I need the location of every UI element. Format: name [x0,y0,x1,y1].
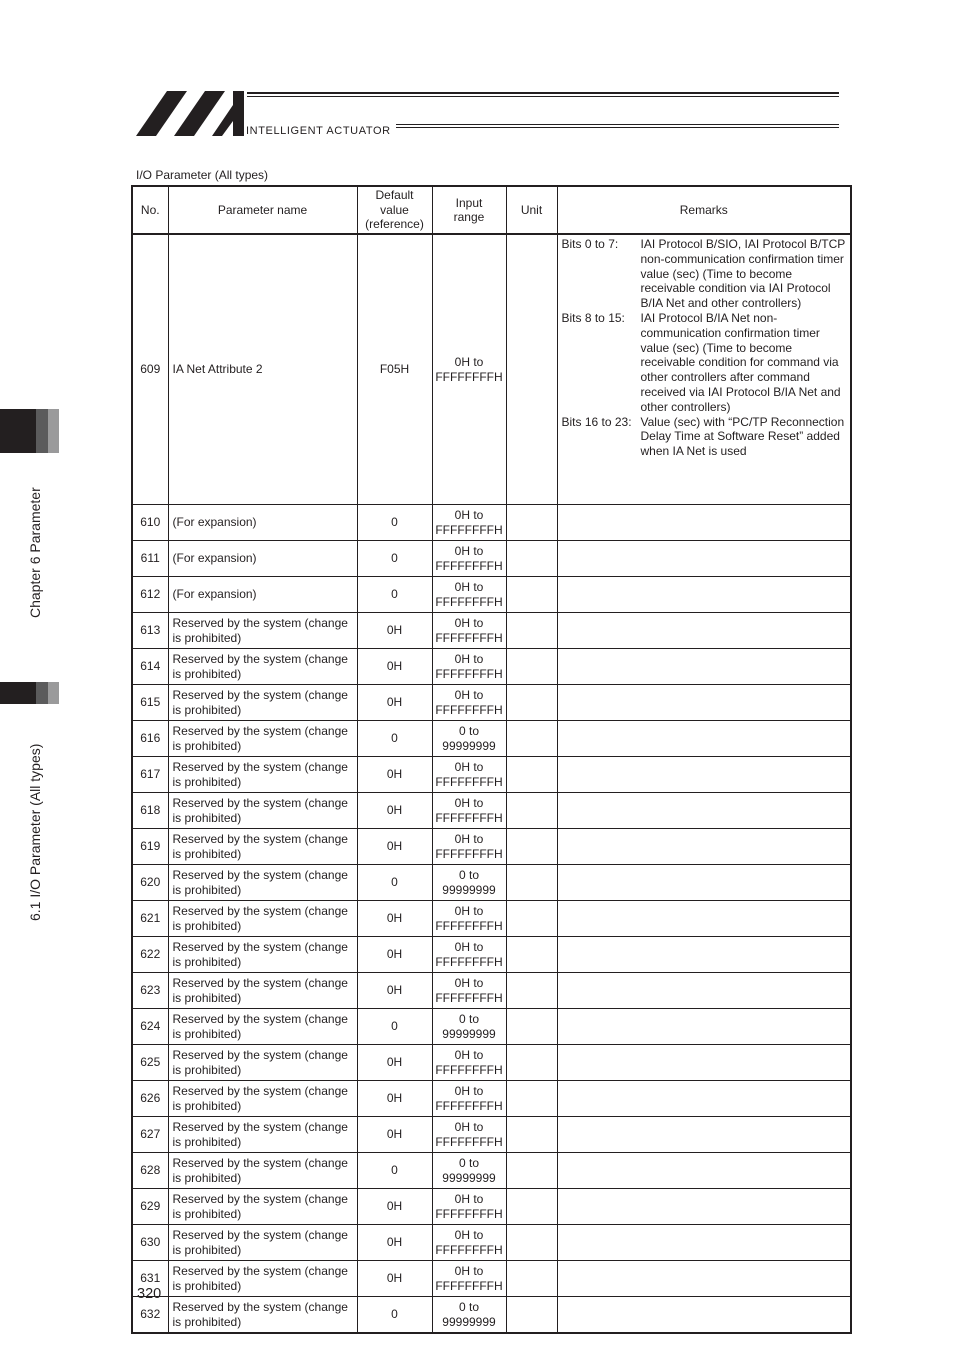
param-unit [506,541,557,577]
param-name: Reserved by the system (change is prohib… [168,829,357,865]
param-range: 0H to FFFFFFFFH [432,757,506,793]
param-unit [506,901,557,937]
param-remarks [557,901,851,937]
param-no: 613 [132,613,168,649]
param-unit [506,1153,557,1189]
param-name: Reserved by the system (change is prohib… [168,1117,357,1153]
param-name: Reserved by the system (change is prohib… [168,1225,357,1261]
param-no: 618 [132,793,168,829]
bit-range-label: Bits 16 to 23: [562,415,641,459]
io-parameter-table: No. Parameter name Default value (refere… [131,185,852,1334]
table-row: 619Reserved by the system (change is pro… [132,829,851,865]
param-range: 0 to 99999999 [432,865,506,901]
table-row: 611(For expansion)00H to FFFFFFFFH [132,541,851,577]
param-remarks [557,613,851,649]
chapter-tab-marker [0,409,59,453]
param-no: 626 [132,1081,168,1117]
param-default: 0H [357,1045,432,1081]
bit-range-label: Bits 0 to 7: [562,237,641,311]
param-range: 0H to FFFFFFFFH [432,505,506,541]
table-row: 612(For expansion)00H to FFFFFFFFH [132,577,851,613]
param-remarks [557,1081,851,1117]
header-no: No. [132,186,168,234]
param-no: 615 [132,685,168,721]
param-unit [506,685,557,721]
param-no: 610 [132,505,168,541]
param-unit [506,505,557,541]
header-rule [396,127,839,128]
param-range: 0H to FFFFFFFFH [432,613,506,649]
param-name: Reserved by the system (change is prohib… [168,793,357,829]
param-remarks: Bits 0 to 7:IAI Protocol B/SIO, IAI Prot… [557,234,851,505]
param-default: 0H [357,613,432,649]
param-no: 619 [132,829,168,865]
table-row: 623Reserved by the system (change is pro… [132,973,851,1009]
param-unit [506,793,557,829]
param-default: 0H [357,685,432,721]
param-range: 0H to FFFFFFFFH [432,649,506,685]
table-row: 615Reserved by the system (change is pro… [132,685,851,721]
param-unit [506,937,557,973]
param-remarks [557,937,851,973]
page-number: 320 [137,1286,161,1302]
param-no: 627 [132,1117,168,1153]
param-no: 621 [132,901,168,937]
param-remarks [557,973,851,1009]
param-default: 0H [357,1189,432,1225]
param-range: 0H to FFFFFFFFH [432,1225,506,1261]
bit-remarks-list: Bits 0 to 7:IAI Protocol B/SIO, IAI Prot… [562,237,847,459]
param-remarks [557,1153,851,1189]
param-no: 628 [132,1153,168,1189]
param-range: 0H to FFFFFFFFH [432,973,506,1009]
table-row: 620Reserved by the system (change is pro… [132,865,851,901]
param-name: Reserved by the system (change is prohib… [168,901,357,937]
param-default: 0 [357,1297,432,1334]
param-range: 0H to FFFFFFFFH [432,901,506,937]
param-name: Reserved by the system (change is prohib… [168,937,357,973]
table-row: 629Reserved by the system (change is pro… [132,1189,851,1225]
param-remarks [557,1117,851,1153]
param-unit [506,1045,557,1081]
header-unit: Unit [506,186,557,234]
param-range: 0H to FFFFFFFFH [432,1081,506,1117]
param-no: 614 [132,649,168,685]
param-default: 0 [357,1009,432,1045]
param-no: 616 [132,721,168,757]
param-unit [506,1117,557,1153]
param-no: 612 [132,577,168,613]
table-row: 632Reserved by the system (change is pro… [132,1297,851,1334]
param-default: 0H [357,937,432,973]
bit-description: IAI Protocol B/SIO, IAI Protocol B/TCP n… [641,237,847,311]
param-name: Reserved by the system (change is prohib… [168,685,357,721]
param-default: 0H [357,973,432,1009]
table-row: 613Reserved by the system (change is pro… [132,613,851,649]
param-unit [506,1009,557,1045]
param-default: 0 [357,865,432,901]
param-range: 0H to FFFFFFFFH [432,1045,506,1081]
param-remarks [557,1045,851,1081]
param-name: Reserved by the system (change is prohib… [168,757,357,793]
iai-logo-icon [136,91,246,136]
param-remarks [557,577,851,613]
param-range: 0 to 99999999 [432,721,506,757]
param-name: Reserved by the system (change is prohib… [168,1153,357,1189]
param-default: 0H [357,757,432,793]
param-unit [506,1081,557,1117]
param-no: 611 [132,541,168,577]
header-parameter-name: Parameter name [168,186,357,234]
param-range: 0H to FFFFFFFFH [432,1261,506,1297]
param-remarks [557,1261,851,1297]
table-row: 627Reserved by the system (change is pro… [132,1117,851,1153]
param-range: 0H to FFFFFFFFH [432,577,506,613]
header-rule [247,96,839,97]
param-name: (For expansion) [168,505,357,541]
param-remarks [557,649,851,685]
param-no: 622 [132,937,168,973]
param-unit [506,234,557,505]
param-unit [506,577,557,613]
param-remarks [557,685,851,721]
param-remarks [557,865,851,901]
param-unit [506,973,557,1009]
param-unit [506,721,557,757]
param-remarks [557,1297,851,1334]
param-range: 0H to FFFFFFFFH [432,541,506,577]
section-side-label: 6.1 I/O Parameter (All types) [27,744,43,921]
param-default: 0 [357,721,432,757]
param-name: Reserved by the system (change is prohib… [168,1045,357,1081]
param-default: 0H [357,1261,432,1297]
param-default: 0H [357,1081,432,1117]
param-no: 625 [132,1045,168,1081]
table-row: 631Reserved by the system (change is pro… [132,1261,851,1297]
param-name: Reserved by the system (change is prohib… [168,1297,357,1334]
param-range: 0H to FFFFFFFFH [432,1117,506,1153]
table-row: 625Reserved by the system (change is pro… [132,1045,851,1081]
table-row: 617Reserved by the system (change is pro… [132,757,851,793]
table-row: 622Reserved by the system (change is pro… [132,937,851,973]
param-default: 0H [357,1117,432,1153]
param-range: 0 to 99999999 [432,1009,506,1045]
section-tab-marker [0,682,59,704]
table-caption: I/O Parameter (All types) [136,168,268,182]
header-rule [247,92,839,94]
param-default: 0 [357,577,432,613]
table-row: 628Reserved by the system (change is pro… [132,1153,851,1189]
param-no: 617 [132,757,168,793]
bit-description: IAI Protocol B/IA Net non-communication … [641,311,847,415]
param-default: 0 [357,505,432,541]
param-name: (For expansion) [168,541,357,577]
table-row: 626Reserved by the system (change is pro… [132,1081,851,1117]
param-unit [506,1297,557,1334]
param-remarks [557,1189,851,1225]
param-no: 630 [132,1225,168,1261]
table-row: 609 IA Net Attribute 2 F05H 0H to FFFFFF… [132,234,851,505]
table-row: 614Reserved by the system (change is pro… [132,649,851,685]
header-remarks: Remarks [557,186,851,234]
chapter-side-label: Chapter 6 Parameter [27,487,43,618]
param-default: 0H [357,649,432,685]
param-unit [506,865,557,901]
param-default: 0 [357,1153,432,1189]
table-row: 630Reserved by the system (change is pro… [132,1225,851,1261]
param-default: 0H [357,1225,432,1261]
header-default-value: Default value (reference) [357,186,432,234]
param-no: 620 [132,865,168,901]
param-no: 624 [132,1009,168,1045]
table-header-row: No. Parameter name Default value (refere… [132,186,851,234]
param-range: 0H to FFFFFFFFH [432,829,506,865]
bit-range-label: Bits 8 to 15: [562,311,641,415]
param-name: IA Net Attribute 2 [168,234,357,505]
param-remarks [557,793,851,829]
param-remarks [557,721,851,757]
param-remarks [557,505,851,541]
param-unit [506,1189,557,1225]
param-name: Reserved by the system (change is prohib… [168,1261,357,1297]
param-range: 0H to FFFFFFFFH [432,1189,506,1225]
param-default: F05H [357,234,432,505]
param-default: 0H [357,829,432,865]
param-range: 0H to FFFFFFFFH [432,793,506,829]
param-unit [506,757,557,793]
param-no: 609 [132,234,168,505]
bit-description: Value (sec) with “PC/TP Reconnection Del… [641,415,847,459]
param-default: 0 [357,541,432,577]
param-remarks [557,1009,851,1045]
param-unit [506,649,557,685]
header-rule [396,124,839,125]
param-range: 0 to 99999999 [432,1153,506,1189]
param-name: Reserved by the system (change is prohib… [168,865,357,901]
param-name: Reserved by the system (change is prohib… [168,973,357,1009]
param-name: Reserved by the system (change is prohib… [168,613,357,649]
param-name: Reserved by the system (change is prohib… [168,721,357,757]
param-default: 0H [357,793,432,829]
param-name: Reserved by the system (change is prohib… [168,1081,357,1117]
param-remarks [557,757,851,793]
param-no: 623 [132,973,168,1009]
table-row: 621Reserved by the system (change is pro… [132,901,851,937]
param-unit [506,1225,557,1261]
param-no: 629 [132,1189,168,1225]
table-row: 616Reserved by the system (change is pro… [132,721,851,757]
param-range: 0H to FFFFFFFFH [432,937,506,973]
param-remarks [557,1225,851,1261]
param-name: Reserved by the system (change is prohib… [168,649,357,685]
param-default: 0H [357,901,432,937]
param-name: Reserved by the system (change is prohib… [168,1189,357,1225]
brand-text: INTELLIGENT ACTUATOR [246,125,391,137]
param-remarks [557,829,851,865]
param-name: (For expansion) [168,577,357,613]
table-row: 624Reserved by the system (change is pro… [132,1009,851,1045]
param-unit [506,829,557,865]
header-input-range: Input range [432,186,506,234]
param-range: 0H to FFFFFFFFH [432,685,506,721]
param-remarks [557,541,851,577]
param-range: 0H to FFFFFFFFH [432,234,506,505]
param-range: 0 to 99999999 [432,1297,506,1334]
param-name: Reserved by the system (change is prohib… [168,1009,357,1045]
table-row: 618Reserved by the system (change is pro… [132,793,851,829]
param-unit [506,1261,557,1297]
table-row: 610(For expansion)00H to FFFFFFFFH [132,505,851,541]
param-unit [506,613,557,649]
